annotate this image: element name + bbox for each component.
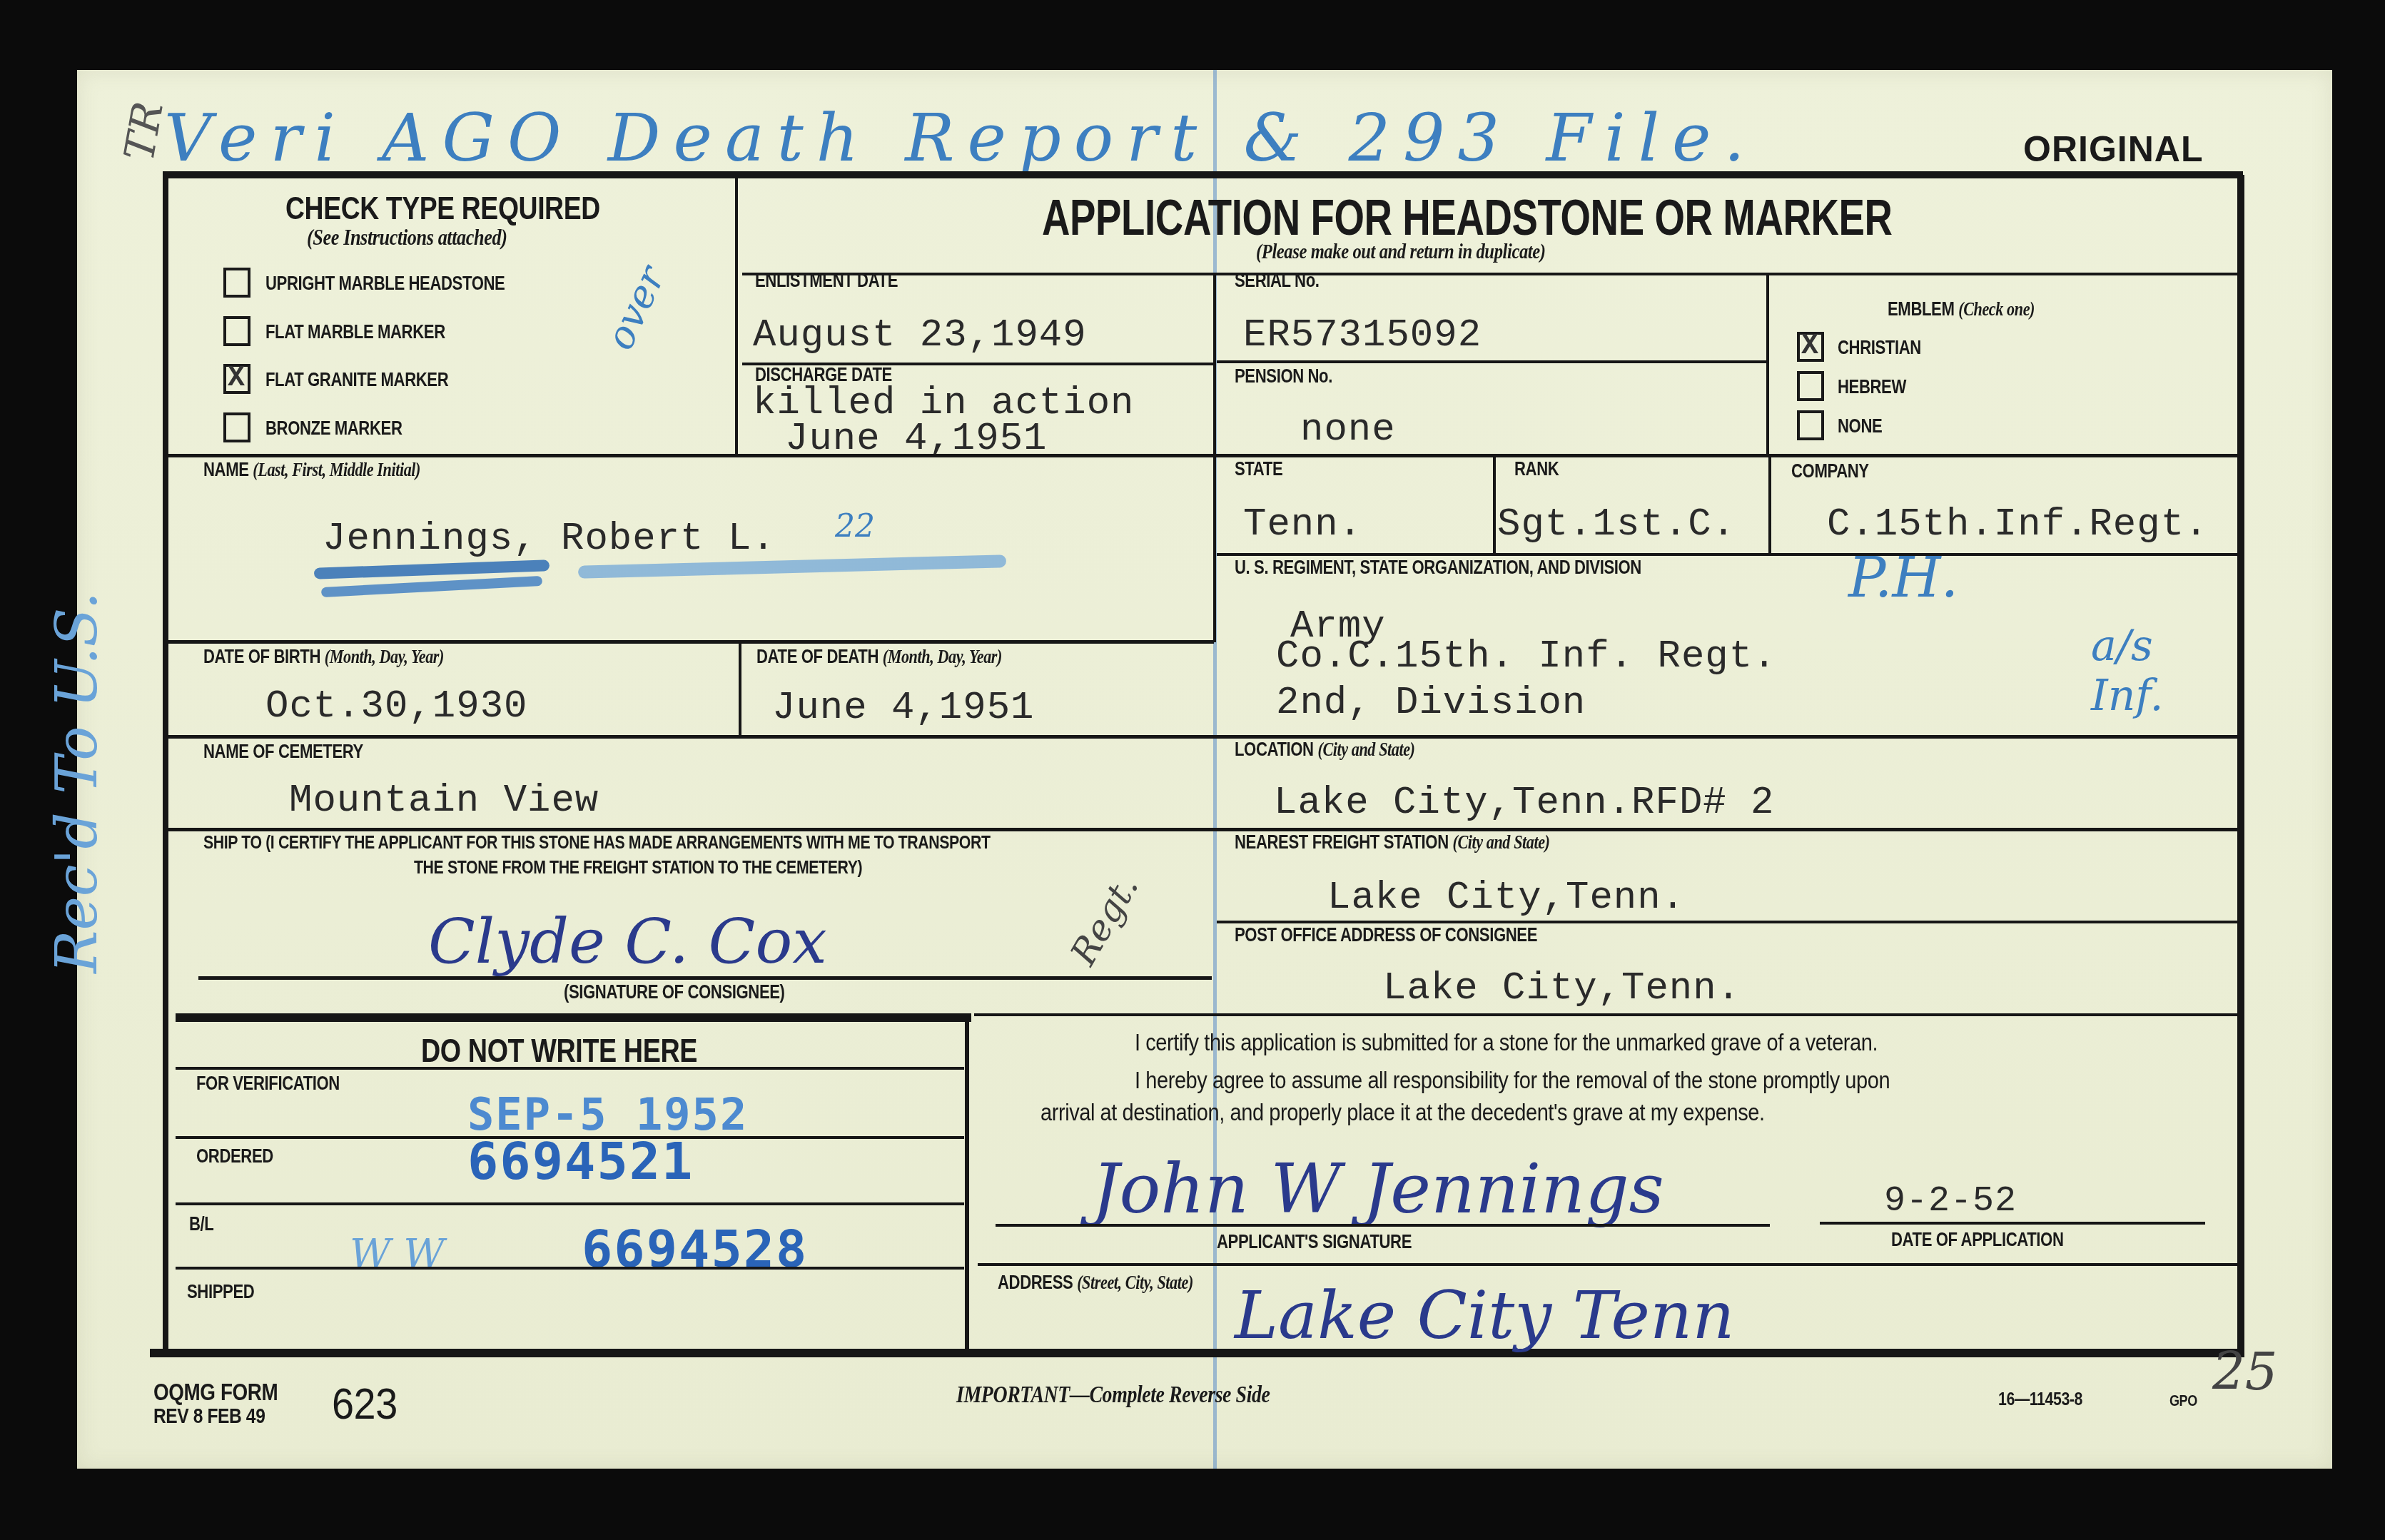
- applicant-caption: APPLICANT'S SIGNATURE: [1217, 1231, 1412, 1253]
- certification-line3: arrival at destination, and properly pla…: [1040, 1099, 1765, 1126]
- rank-value: Sgt.1st.C.: [1497, 503, 1736, 547]
- office-box-right: [965, 1013, 969, 1349]
- option-upright-marble: UPRIGHT MARBLE HEADSTONE: [265, 273, 505, 295]
- state-label: STATE: [1235, 458, 1282, 480]
- option-flat-granite: FLAT GRANITE MARKER: [265, 369, 448, 391]
- outer-border-bottom: [150, 1349, 2244, 1357]
- rank-label: RANK: [1514, 458, 1559, 480]
- office-box-top: [176, 1013, 971, 1022]
- office-row-ordered: ORDERED: [196, 1145, 273, 1167]
- outer-border-right: [2237, 175, 2244, 1356]
- print-code: 16—11453-8: [1998, 1388, 2082, 1410]
- rule-serial: [1217, 360, 1766, 363]
- dob-value: Oct.30,1930: [265, 685, 527, 729]
- checkbox-christian[interactable]: [1797, 332, 1824, 362]
- post-office-label: POST OFFICE ADDRESS OF CONSIGNEE: [1235, 924, 1537, 946]
- checkbox-upright-marble[interactable]: [223, 268, 250, 298]
- gpo-label: GPO: [2169, 1392, 2197, 1410]
- bl-initials: W W: [350, 1231, 445, 1277]
- consignee-caption: (SIGNATURE OF CONSIGNEE): [564, 981, 785, 1003]
- freight-label: NEAREST FREIGHT STATION (City and State): [1235, 831, 1550, 853]
- certification-line2: I hereby agree to assume all responsibil…: [1135, 1067, 1890, 1094]
- dod-label: DATE OF DEATH (Month, Day, Year): [756, 646, 1002, 668]
- divider-company: [1768, 457, 1771, 555]
- rule-row2-top: [168, 454, 2238, 457]
- emblem-christian: CHRISTIAN: [1838, 337, 1921, 359]
- rule-freight-top: [1217, 828, 2237, 831]
- emblem-heading: EMBLEM (Check one): [1888, 298, 2035, 320]
- location-value: Lake City,Tenn.RFD# 2: [1274, 781, 1775, 825]
- checkbox-flat-granite[interactable]: [223, 364, 250, 394]
- check-type-subheading: (See Instructions attached): [307, 224, 507, 250]
- top-handwritten-note: Veri AGO Death Report & 293 File.: [164, 100, 1758, 176]
- divider-rank: [1493, 457, 1496, 555]
- company-value: C.15th.Inf.Regt.: [1827, 503, 2208, 547]
- state-value: Tenn.: [1243, 503, 1362, 547]
- rule-office-4: [176, 1267, 964, 1270]
- name-value: Jennings, Robert L.: [323, 517, 776, 561]
- office-row-shipped: SHIPPED: [187, 1281, 254, 1303]
- checkbox-bronze[interactable]: [223, 412, 250, 442]
- rule-dob-top: [168, 640, 1214, 644]
- post-office-value: Lake City,Tenn.: [1383, 967, 1741, 1010]
- ship-to-label-line2: THE STONE FROM THE FREIGHT STATION TO TH…: [414, 856, 862, 878]
- dob-label: DATE OF BIRTH (Month, Day, Year): [203, 646, 444, 668]
- als-inf-annotation: a/s Inf.: [2091, 621, 2212, 721]
- divider-emblem: [1766, 273, 1769, 455]
- rule-postoffice-top: [1217, 921, 2237, 923]
- rule-cemetery-top: [168, 735, 2238, 739]
- office-row-bl: B/L: [189, 1213, 213, 1235]
- ph-annotation: P.H.: [1848, 546, 1958, 610]
- form-id-line1: OQMG FORM: [153, 1379, 278, 1407]
- divider-name: [1213, 457, 1216, 642]
- checkbox-flat-marble[interactable]: [223, 316, 250, 346]
- pension-no-label: PENSION No.: [1235, 365, 1332, 387]
- form-id-line2: REV 8 FEB 49: [153, 1404, 265, 1429]
- ordered-stamp: 6694521: [467, 1131, 694, 1191]
- company-label: COMPANY: [1791, 460, 1869, 482]
- page-number-annotation: 25: [2212, 1342, 2278, 1402]
- left-margin-annotation: Rec'd To U.S.: [44, 592, 110, 973]
- regiment-line2: Co.C.15th. Inf. Regt.: [1276, 635, 1777, 679]
- rule-office-1: [176, 1067, 964, 1070]
- bl-stamp: 6694528: [582, 1219, 808, 1279]
- divider-dod: [739, 642, 741, 735]
- location-label: LOCATION (City and State): [1235, 739, 1415, 761]
- rule-title-bottom: [742, 273, 2237, 275]
- outer-border-left: [163, 171, 168, 1356]
- ship-to-label-line1: SHIP TO (I CERTIFY THE APPLICANT FOR THI…: [203, 831, 991, 853]
- important-note: IMPORTANT—Complete Reverse Side: [956, 1381, 1270, 1409]
- rule-regiment-top: [1217, 553, 2237, 556]
- serial-no-label: SERIAL No.: [1235, 270, 1320, 292]
- divider-check-type: [735, 178, 738, 455]
- serial-no-value: ER57315092: [1243, 314, 1482, 358]
- enlistment-date-value: August 23,1949: [753, 314, 1087, 358]
- name-label: NAME (Last, First, Middle Initial): [203, 459, 420, 481]
- rule-certification-top: [974, 1013, 2237, 1016]
- regiment-label: U. S. REGIMENT, STATE ORGANIZATION, AND …: [1235, 557, 1641, 579]
- rule-applicant-signature: [996, 1224, 1770, 1227]
- form-number: 623: [332, 1379, 397, 1429]
- emblem-none: NONE: [1838, 415, 1882, 437]
- checkbox-hebrew[interactable]: [1797, 371, 1824, 401]
- regiment-line3: 2nd, Division: [1276, 682, 1586, 725]
- applicant-signature: John W Jennings: [1092, 1149, 1664, 1229]
- divider-serial: [1213, 273, 1216, 455]
- dod-value: June 4,1951: [772, 687, 1034, 730]
- date-of-application-value: 9-2-52: [1884, 1181, 2017, 1222]
- address-value: Lake City Tenn: [1235, 1277, 1735, 1354]
- certification-line1: I certify this application is submitted …: [1135, 1029, 1878, 1056]
- rule-signature: [198, 976, 1212, 980]
- document-title: APPLICATION FOR HEADSTONE OR MARKER: [1042, 189, 1893, 246]
- cemetery-value: Mountain View: [289, 779, 599, 823]
- copy-label: ORIGINAL: [2023, 128, 2203, 170]
- rule-date-application: [1820, 1222, 2205, 1225]
- document-subtitle: (Please make out and return in duplicate…: [1256, 240, 1546, 264]
- outer-border-top: [163, 171, 2243, 178]
- check-type-heading: CHECK TYPE REQUIRED: [285, 191, 600, 227]
- office-use-heading: DO NOT WRITE HERE: [421, 1031, 697, 1070]
- pension-no-value: none: [1300, 408, 1396, 452]
- option-flat-marble: FLAT MARBLE MARKER: [265, 321, 445, 343]
- option-bronze: BRONZE MARKER: [265, 417, 402, 440]
- freight-value: Lake City,Tenn.: [1327, 876, 1685, 920]
- consignee-signature: Clyde C. Cox: [428, 906, 827, 978]
- emblem-hebrew: HEBREW: [1838, 376, 1906, 398]
- checkbox-none[interactable]: [1797, 410, 1824, 440]
- cemetery-label: NAME OF CEMETERY: [203, 741, 363, 763]
- date-of-application-caption: DATE OF APPLICATION: [1891, 1229, 2063, 1251]
- office-row-verification: FOR VERIFICATION: [196, 1073, 340, 1095]
- enlistment-date-label: ENLISTMENT DATE: [755, 270, 898, 292]
- rule-office-3: [176, 1202, 964, 1205]
- address-label: ADDRESS (Street, City, State): [998, 1272, 1193, 1294]
- rule-address-top: [978, 1263, 2237, 1266]
- name-suffix-annotation: 22: [835, 508, 875, 544]
